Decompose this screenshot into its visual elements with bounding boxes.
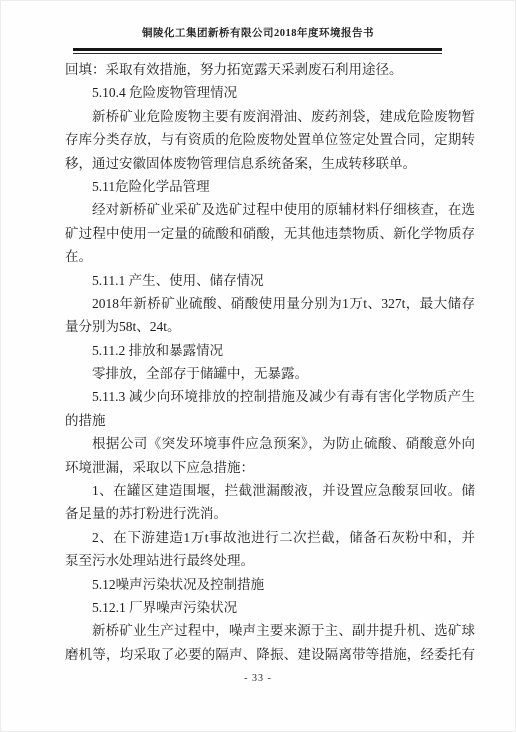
section-heading: 5.11.3 减少向环境排放的控制措施及减少有毒有害化学物质产生 xyxy=(65,385,475,408)
text-line: 移，通过安徽固体废物管理信息系统备案，生成转移联单。 xyxy=(65,152,475,175)
section-heading: 5.10.4 危险废物管理情况 xyxy=(65,81,475,104)
page-body: 回填：采取有效措施，努力拓宽露天采剥废石利用途径。5.10.4 危险废物管理情况… xyxy=(65,58,475,666)
text-line: 新桥矿业危险废物主要有废润滑油、废药剂袋，建成危险废物暂 xyxy=(65,105,475,128)
document-page: 铜陵化工集团新桥有限公司2018年度环境报告书 回填：采取有效措施，努力拓宽露天… xyxy=(0,0,516,732)
text-line: 备足量的苏打粉进行洗消。 xyxy=(65,502,475,525)
text-line: 环境泄漏，采取以下应急措施： xyxy=(65,456,475,479)
text-line: 在。 xyxy=(65,245,475,268)
text-line: 矿过程中使用一定量的硫酸和硝酸，无其他违禁物质、新化学物质存 xyxy=(65,222,475,245)
text-line: 磨机等，均采取了必要的隔声、降振、建设隔离带等措施，经委托有 xyxy=(65,643,475,666)
section-heading: 5.11危险化学品管理 xyxy=(65,175,475,198)
report-header-title: 铜陵化工集团新桥有限公司2018年度环境报告书 xyxy=(0,25,516,40)
text-line: 零排放，全部存于储罐中，无暴露。 xyxy=(65,362,475,385)
section-heading: 5.11.1 产生、使用、储存情况 xyxy=(65,269,475,292)
text-line: 存库分类存放，与有资质的危险废物处置单位签定处置合同，定期转 xyxy=(65,128,475,151)
text-line: 1、在罐区建造围堰，拦截泄漏酸液，并设置应急酸泵回收。储 xyxy=(65,479,475,502)
section-heading: 5.12.1 厂界噪声污染状况 xyxy=(65,596,475,619)
text-line: 泵至污水处理站进行最终处理。 xyxy=(65,549,475,572)
text-line: 2018年新桥矿业硫酸、硝酸使用量分别为1万t、327t，最大储存 xyxy=(65,292,475,315)
header-rule-thin xyxy=(73,53,442,54)
page-number: - 33 - xyxy=(0,673,516,684)
section-heading: 5.12噪声污染状况及控制措施 xyxy=(65,573,475,596)
text-line: 2、在下游建造1万t事故池进行二次拦截，储备石灰粉中和，并 xyxy=(65,526,475,549)
text-line: 经对新桥矿业采矿及选矿过程中使用的原辅材料仔细核查，在选 xyxy=(65,198,475,221)
section-heading: 的措施 xyxy=(65,409,475,432)
text-line: 回填：采取有效措施，努力拓宽露天采剥废石利用途径。 xyxy=(65,58,475,81)
text-line: 新桥矿业生产过程中，噪声主要来源于主、副井提升机、选矿球 xyxy=(65,619,475,642)
header-rule-thick xyxy=(73,48,442,51)
text-line: 量分别为58t、24t。 xyxy=(65,315,475,338)
text-line: 根据公司《突发环境事件应急预案》，为防止硫酸、硝酸意外向 xyxy=(65,432,475,455)
section-heading: 5.11.2 排放和暴露情况 xyxy=(65,339,475,362)
